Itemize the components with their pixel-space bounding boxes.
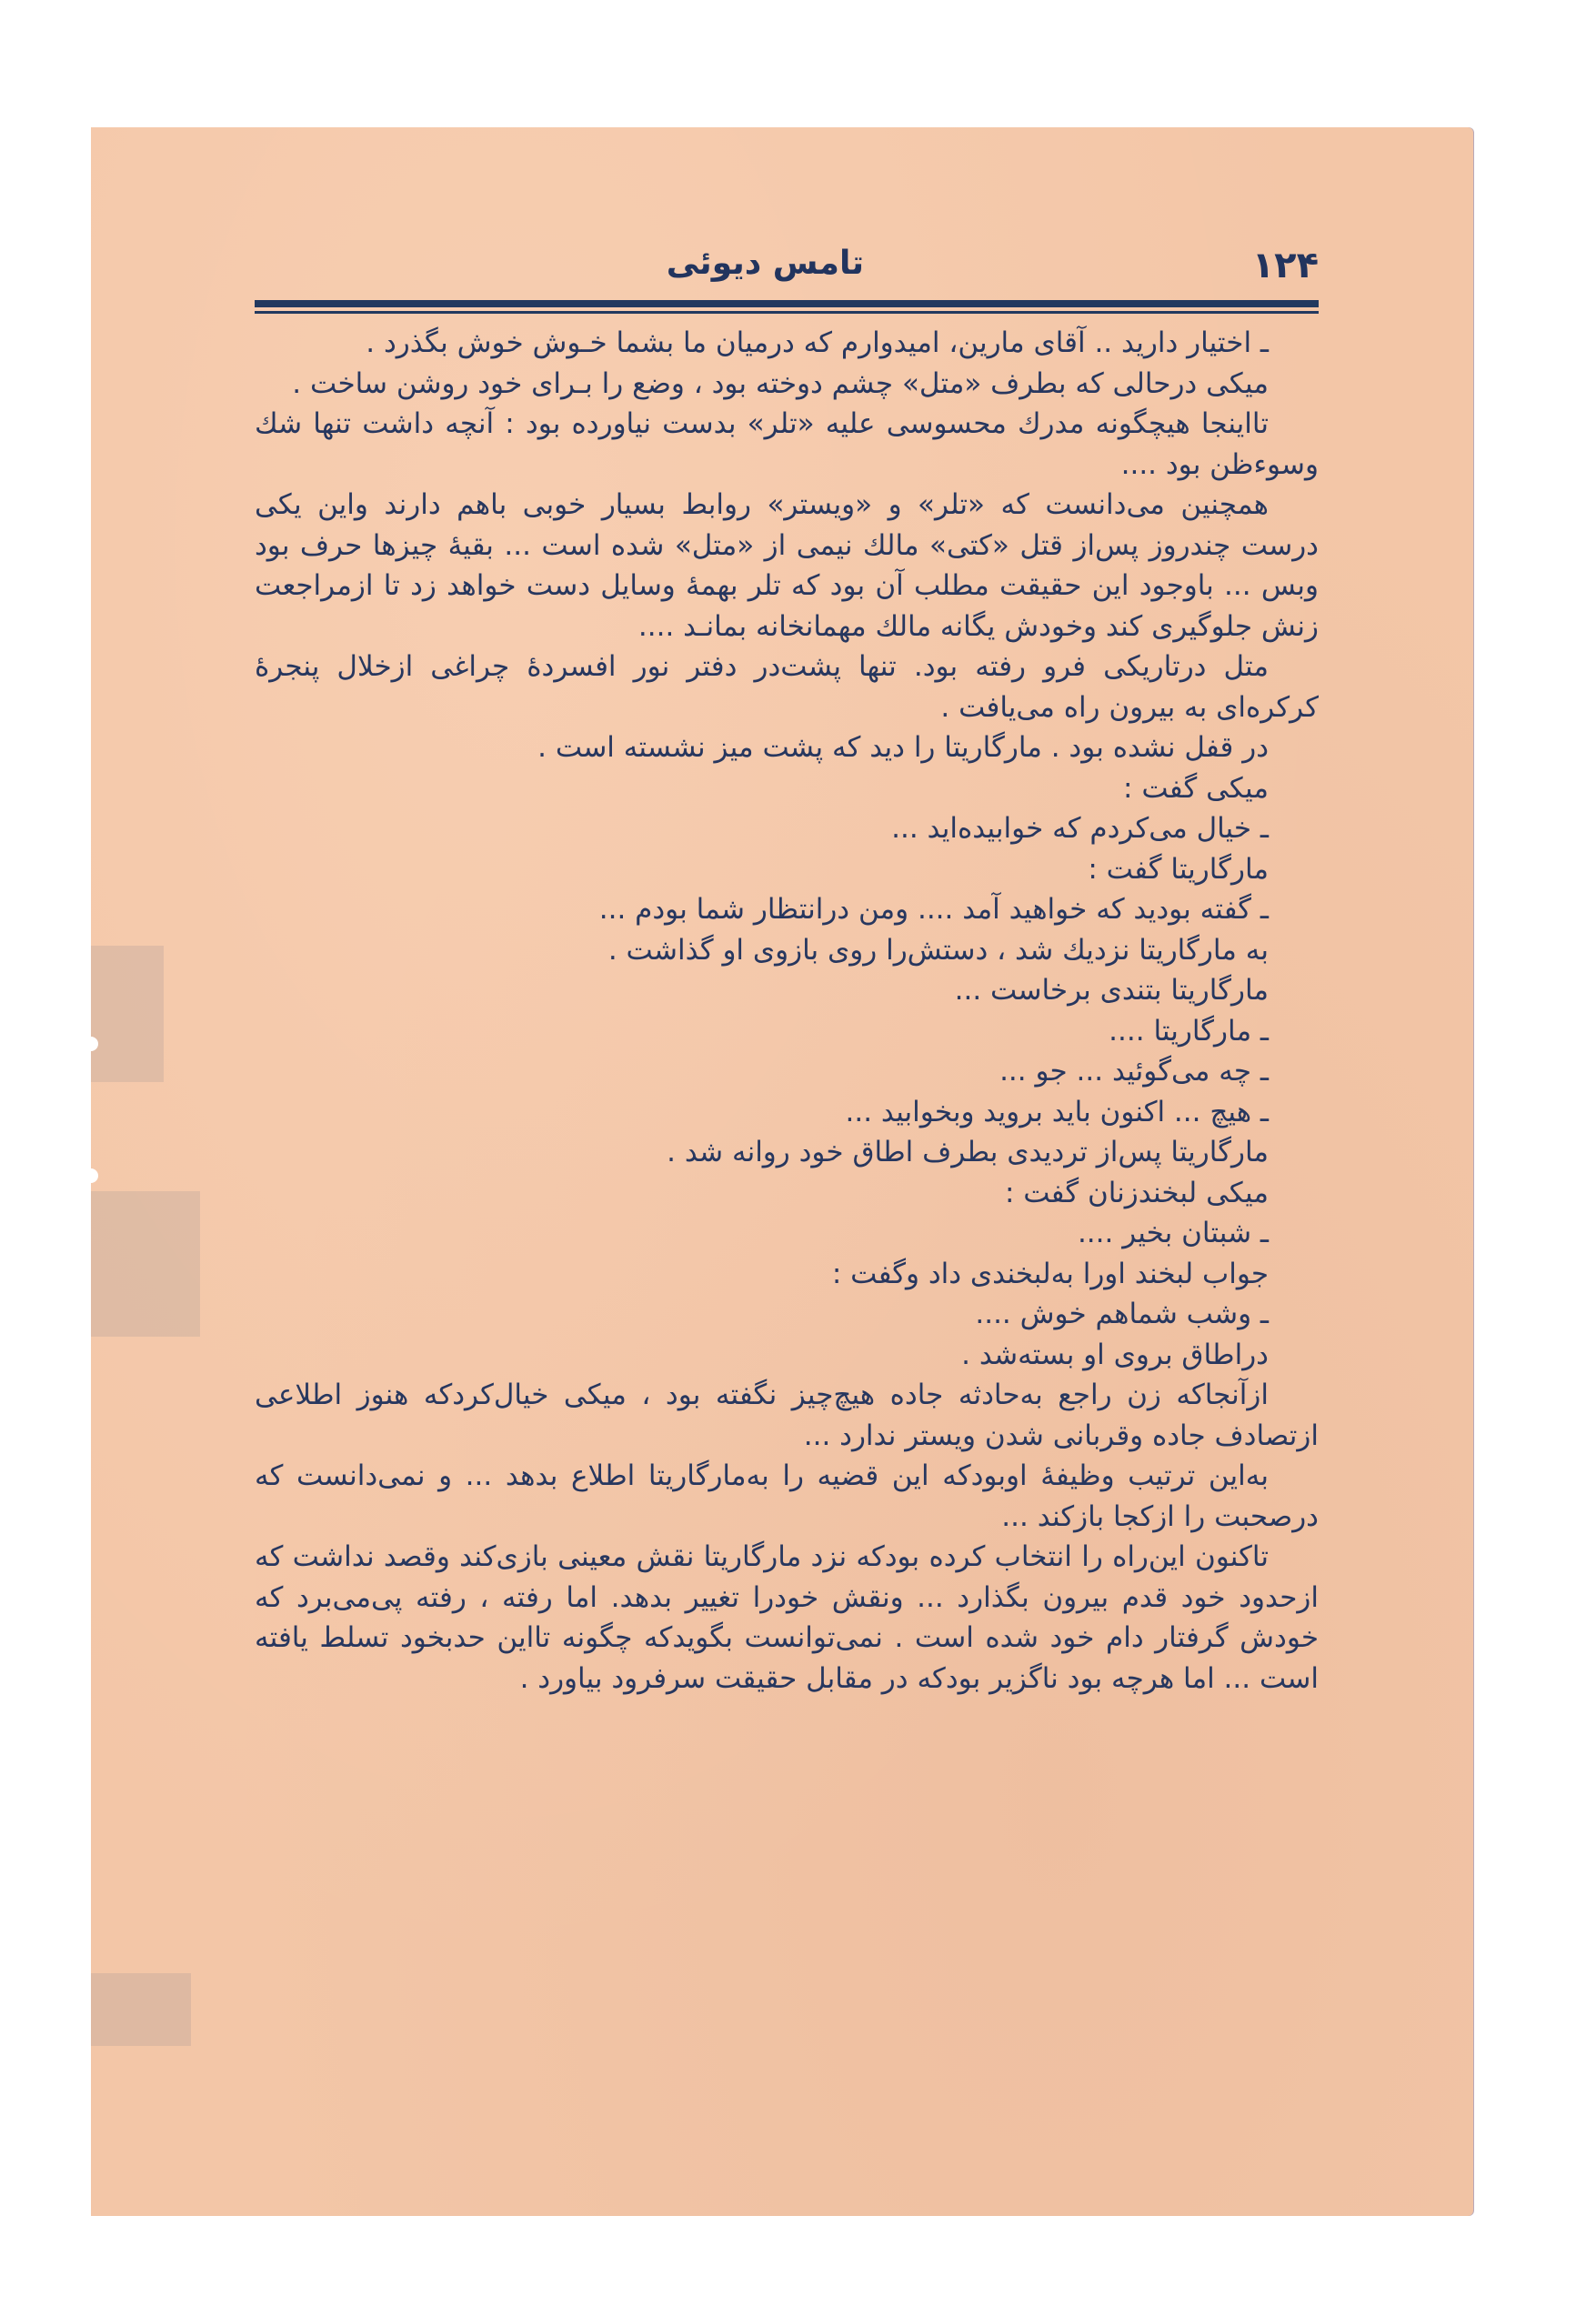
paragraph: به‌این ترتیب وظیفهٔ اوبودکه این قضیه را … [255,1456,1319,1537]
scan-smudge [91,1191,200,1337]
paragraph: در قفل نشده بود . مارگاریتا را دید که پش… [255,727,1319,768]
body-text: ـ اختیار دارید .. آقای مارین، امیدوارم ک… [255,323,1319,1699]
paragraph: همچنین می‌دانست که «تلر» و «ویستر» روابط… [255,485,1319,647]
dialogue-line: ـ خیال می‌کردم که خوابیده‌اید ... [255,808,1319,849]
header-rule-thick [255,300,1319,307]
paragraph: مارگاریتا بتندی برخاست ... [255,970,1319,1011]
paragraph: میکی درحالی که بطرف «متل» چشم دوخته بود … [255,364,1319,405]
dialogue-line: ـ وشب شماهم خوش .... [255,1294,1319,1335]
paragraph: مارگاریتا گفت : [255,849,1319,890]
page-number: ۱۲۴ [1252,245,1319,286]
dialogue-line: ـ شبتان بخیر .... [255,1213,1319,1254]
paragraph: تاکنون این‌راه را انتخاب کرده بودکه نزد … [255,1537,1319,1699]
book-page: ۱۲۴ تامس دیوئی ـ اختیار دارید .. آقای ما… [91,127,1473,2216]
paragraph: دراطاق بروی او بسته‌شد . [255,1335,1319,1376]
scan-smudge [91,1973,191,2046]
paragraph: جواب لبخند اورا به‌لبخندی داد وگفت : [255,1254,1319,1295]
scan-smudge [91,946,164,1082]
header-rule-thin [255,311,1319,314]
paragraph: میکی گفت : [255,768,1319,809]
paragraph: ـ اختیار دارید .. آقای مارین، امیدوارم ک… [255,323,1319,364]
dialogue-line: ـ گفته بودید که خواهید آمد .... ومن دران… [255,889,1319,930]
dialogue-line: ـ چه می‌گوئید ... جو ... [255,1051,1319,1092]
dialogue-line: ـ مارگاریتا .... [255,1011,1319,1052]
paragraph: میکی لبخندزنان گفت : [255,1173,1319,1214]
running-title: تامس دیوئی [667,245,864,282]
paragraph: تااینجا هیچگونه مدرك محسوسی علیه «تلر» ب… [255,404,1319,485]
paragraph: ازآنجاکه زن راجع به‌حادثه جاده هیچ‌چیز ن… [255,1375,1319,1456]
paragraph: متل درتاریکی فرو رفته بود. تنها پشت‌در د… [255,647,1319,727]
dialogue-line: ـ هیچ ... اکنون باید بروید وبخوابید ... [255,1092,1319,1133]
binding-hole [89,1168,98,1183]
paragraph: مارگاریتا پس‌از تردیدی بطرف اطاق خود روا… [255,1132,1319,1173]
page-header: ۱۲۴ تامس دیوئی [255,241,1319,305]
paragraph: به مارگاریتا نزدیك شد ، دستش‌را روی بازو… [255,930,1319,971]
